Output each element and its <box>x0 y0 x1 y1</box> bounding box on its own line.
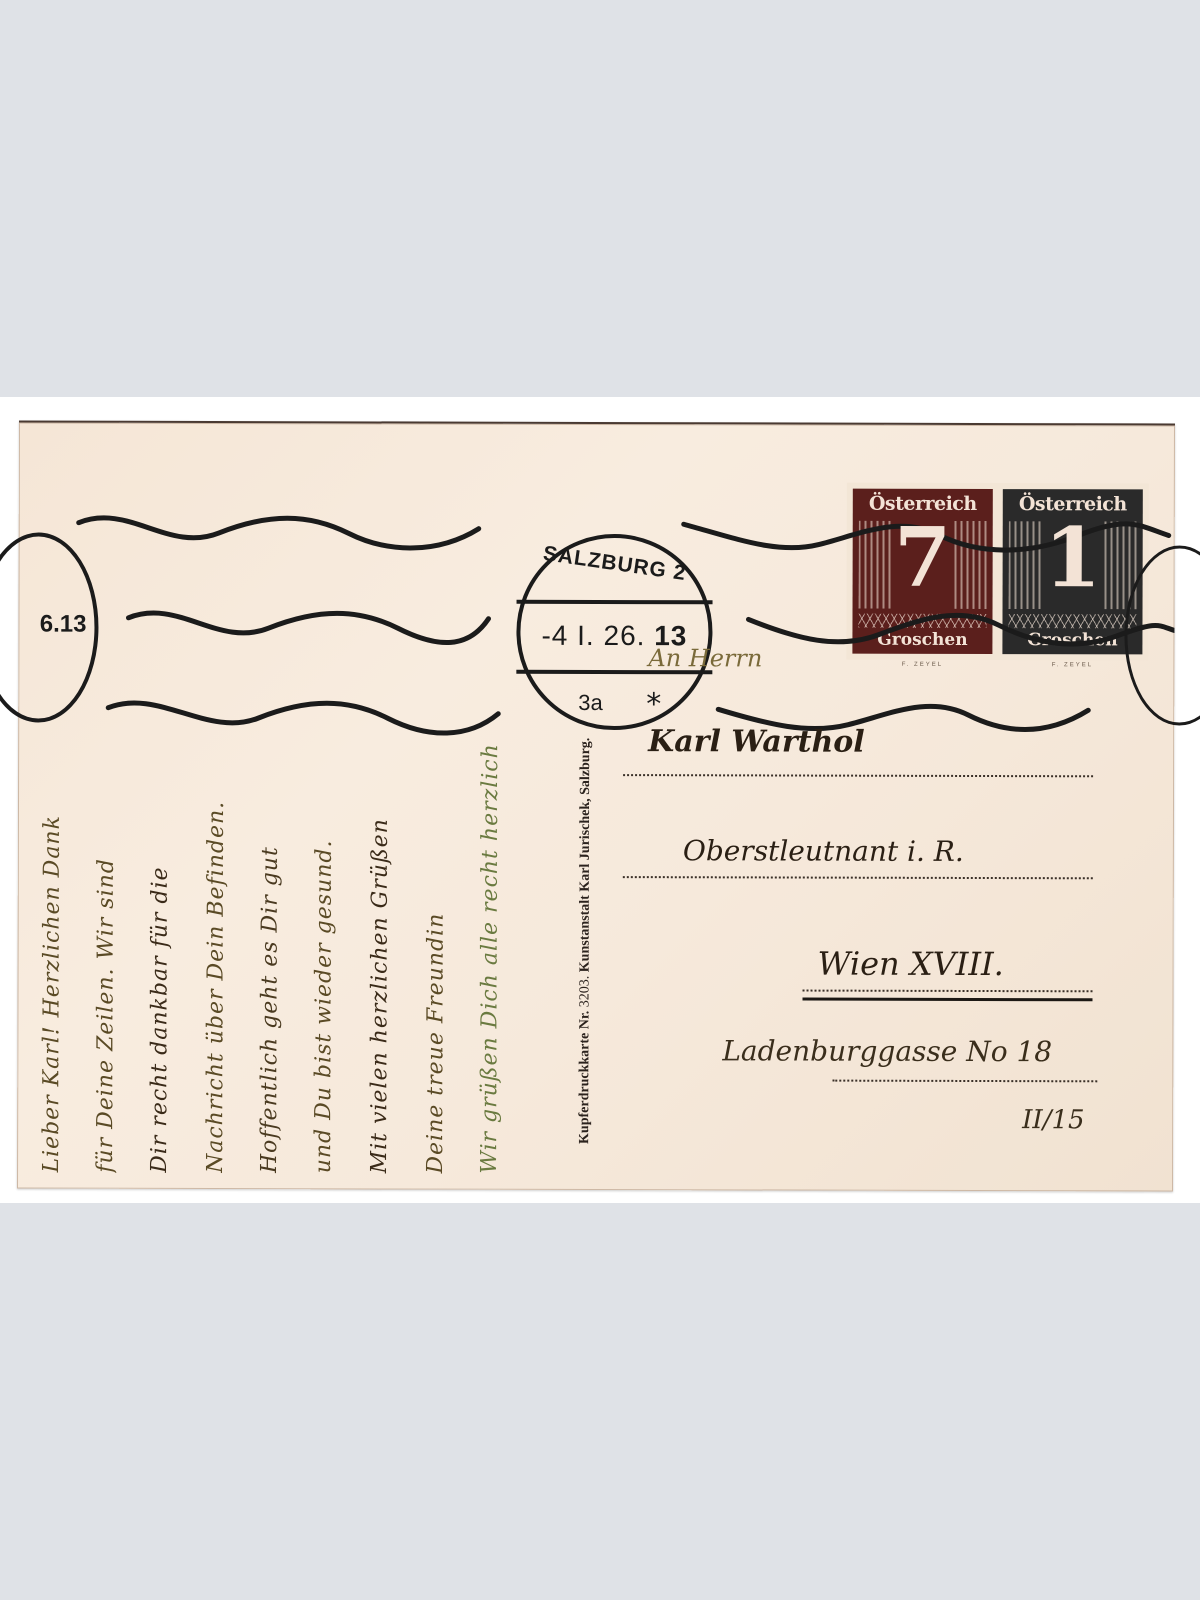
stamp-ornament <box>858 614 986 628</box>
postmark-town: SALZBURG 2 <box>520 539 710 589</box>
message-line: und Du bist wieder gesund. <box>311 433 353 1173</box>
address-street: Ladenburggasse No 18 <box>722 1034 1052 1068</box>
stamp-value: 1 <box>1044 517 1101 599</box>
imprint-publisher: Kunstanstalt Karl Jurischek, Salzburg. <box>578 738 594 973</box>
address-line-4 <box>832 1080 1097 1083</box>
postmark-sub: 3a <box>578 690 603 716</box>
address-recipient-name: Karl Warthol <box>648 724 865 760</box>
postmark-salzburg: SALZBURG 2 -4 I. 26. 13 3a * <box>516 534 713 731</box>
message-line: Hoffentlich geht es Dir gut <box>257 433 299 1173</box>
address-salutation: An Herrn <box>648 644 762 672</box>
postmark-band <box>517 600 713 605</box>
postmark-star: * <box>646 687 661 722</box>
address-line-2 <box>623 876 1093 879</box>
address-line-3-underline <box>802 998 1092 1002</box>
stamp-printer: F. ZEYEL <box>1002 662 1142 668</box>
message-line: Dir recht dankbar für die <box>147 433 189 1173</box>
imprint-title: Kupferdruckkarte Nr. <box>577 1011 592 1144</box>
message-line: Mit vielen herzlichen Grüßen <box>367 433 409 1173</box>
address-city: Wien XVIII. <box>818 945 1004 983</box>
stamp-ornament <box>1008 614 1136 628</box>
message-line: Wir grüßen Dich alle recht herzlich <box>477 434 519 1174</box>
stamp-unit: Groschen <box>1002 630 1142 650</box>
message-line: Nachricht über Dein Befinden. <box>203 433 245 1173</box>
address-line-3-dotted <box>803 990 1093 993</box>
address-line-1 <box>623 774 1093 777</box>
handwritten-message: Lieber Karl! Herzlichen Dank für Deine Z… <box>27 433 559 1174</box>
stamp-printer: F. ZEYEL <box>852 662 992 668</box>
imprint-number: 3203. <box>577 976 592 1008</box>
stamp-unit: Groschen <box>852 630 992 650</box>
message-line: Deine treue Freundin <box>423 434 465 1174</box>
postcard: Lieber Karl! Herzlichen Dank für Deine Z… <box>17 420 1175 1191</box>
address-recipient-title: Oberstleutnant i. R. <box>683 834 964 868</box>
message-line: für Deine Zeilen. Wir sind <box>93 433 135 1173</box>
stamp-7-groschen: Österreich 7 Groschen F. ZEYEL <box>846 483 998 660</box>
stamp-value: 7 <box>894 517 951 599</box>
address-note: II/15 <box>1022 1105 1084 1135</box>
